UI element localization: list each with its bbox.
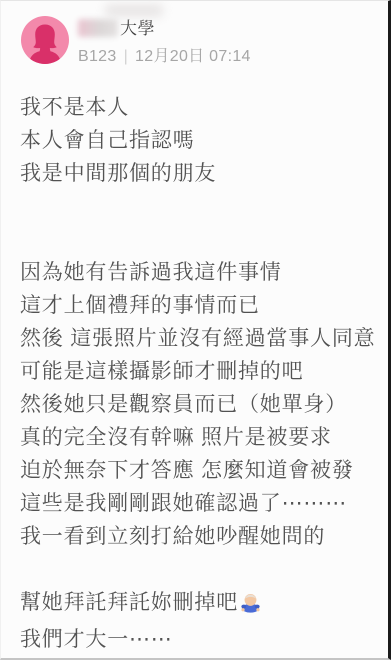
forum-post-screenshot: 大學 B123|12月20日 07:14 我不是本人本人會自己指認嗎我是中間那個… [0,0,391,660]
content-line: 迫於無奈下才答應 怎麼知道會被發 [20,454,388,487]
content-line: 因為她有告訴過我這件事情 [20,256,388,289]
content-line-blank [20,553,388,586]
content-line-blank [20,190,388,223]
post-content: 我不是本人本人會自己指認嗎我是中間那個的朋友 因為她有告訴過我這件事情這才上個禮… [1,91,388,656]
female-silhouette-icon [21,16,69,64]
content-line: 真的完全沒有幹嘛 照片是被要求 [20,421,388,454]
content-line-blank [20,223,388,256]
timestamp: 12月20日 07:14 [135,48,251,65]
content-line: 然後她只是觀察員而已（她單身） [20,388,388,421]
floor-number: B123 [78,48,117,65]
content-line: 我一看到立刻打給她吵醒她問的 [20,520,388,553]
content-line: 我是中間那個的朋友 [20,157,388,190]
post-meta: B123|12月20日 07:14 [78,43,251,66]
content-line: 然後 這張照片並沒有經過當事人同意 [20,322,388,355]
post-header: 大學 B123|12月20日 07:14 [1,1,388,66]
content-line: 幫她拜託拜託妳刪掉吧 [20,586,388,623]
content-line: 可能是這樣攝影師才刪掉的吧 [20,355,388,388]
author-school[interactable]: 大學 [78,18,251,39]
content-line: 我不是本人 [20,91,388,124]
content-line: 這才上個禮拜的事情而已 [20,289,388,322]
censor-smudge [105,4,163,17]
censored-school-name [78,19,118,37]
avatar[interactable] [21,16,69,64]
content-line: 本人會自己指認嗎 [20,124,388,157]
meta-divider: | [117,48,135,65]
post-header-info: 大學 B123|12月20日 07:14 [78,16,251,66]
content-line: 這些是我剛剛跟她確認過了⋯⋯⋯ [20,487,388,520]
content-line: 我們才大一⋯⋯ [20,623,388,656]
person-bowing-emoji [240,590,261,623]
school-suffix: 大學 [120,19,155,38]
